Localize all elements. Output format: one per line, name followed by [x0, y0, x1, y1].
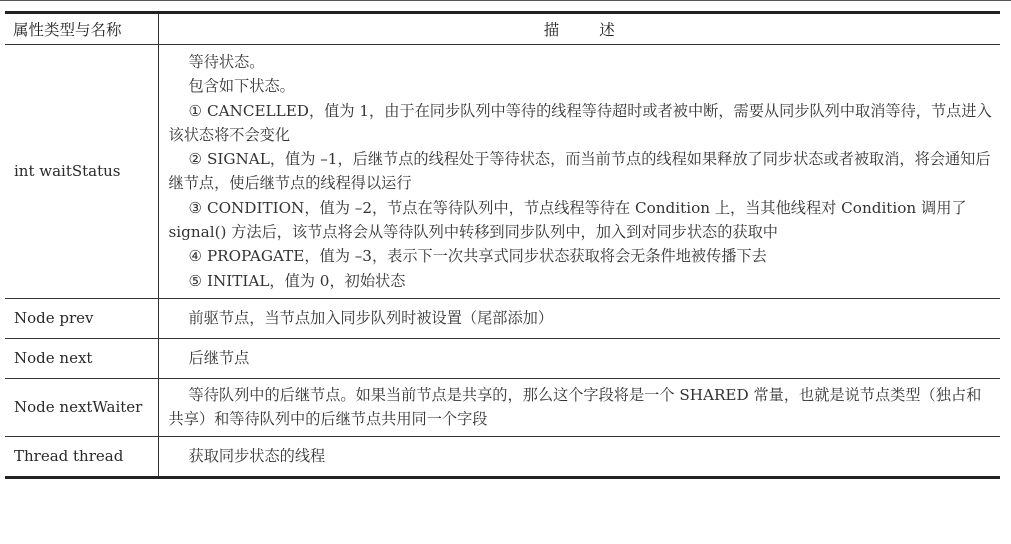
page-top-rule: [0, 0, 1011, 1]
attribute-description: 前驱节点，当节点加入同步队列时被设置（尾部添加）: [158, 298, 1000, 338]
attribute-description: 获取同步状态的线程: [158, 436, 1000, 477]
description-paragraph: ② SIGNAL，值为 –1，后继节点的线程处于等待状态，而当前节点的线程如果释…: [169, 147, 993, 196]
header-attribute-name: 属性类型与名称: [5, 13, 158, 45]
attribute-name: Node nextWaiter: [5, 378, 158, 436]
node-attributes-table: 属性类型与名称 描述 int waitStatus 等待状态。 包含如下状态。 …: [5, 11, 1000, 479]
attribute-description: 等待状态。 包含如下状态。 ① CANCELLED，值为 1，由于在同步队列中等…: [158, 45, 1000, 299]
table-row: int waitStatus 等待状态。 包含如下状态。 ① CANCELLED…: [5, 45, 1000, 299]
table-row: Thread thread 获取同步状态的线程: [5, 436, 1000, 477]
header-description: 描述: [158, 13, 1000, 45]
description-paragraph: ⑤ INITIAL，值为 0，初始状态: [169, 269, 993, 293]
description-paragraph: 等待状态。: [169, 50, 993, 74]
table-row: Node nextWaiter 等待队列中的后继节点。如果当前节点是共享的，那么…: [5, 378, 1000, 436]
description-paragraph: 包含如下状态。: [169, 74, 993, 98]
attribute-name: Thread thread: [5, 436, 158, 477]
description-paragraph: ④ PROPAGATE，值为 –3，表示下一次共享式同步状态获取将会无条件地被传…: [169, 244, 993, 268]
description-paragraph: ① CANCELLED，值为 1，由于在同步队列中等待的线程等待超时或者被中断，…: [169, 99, 993, 148]
attribute-description: 后继节点: [158, 338, 1000, 378]
description-paragraph: 获取同步状态的线程: [169, 444, 993, 468]
header-description-part2: 述: [599, 21, 615, 39]
description-paragraph: ③ CONDITION，值为 –2，节点在等待队列中，节点线程等待在 Condi…: [169, 196, 993, 245]
header-description-part1: 描: [544, 21, 560, 39]
table-header-row: 属性类型与名称 描述: [5, 13, 1000, 45]
attribute-name: Node prev: [5, 298, 158, 338]
attribute-name: Node next: [5, 338, 158, 378]
description-paragraph: 前驱节点，当节点加入同步队列时被设置（尾部添加）: [169, 306, 993, 330]
attribute-description: 等待队列中的后继节点。如果当前节点是共享的，那么这个字段将是一个 SHARED …: [158, 378, 1000, 436]
attribute-name: int waitStatus: [5, 45, 158, 299]
description-paragraph: 后继节点: [169, 346, 993, 370]
table-row: Node prev 前驱节点，当节点加入同步队列时被设置（尾部添加）: [5, 298, 1000, 338]
table-row: Node next 后继节点: [5, 338, 1000, 378]
description-paragraph: 等待队列中的后继节点。如果当前节点是共享的，那么这个字段将是一个 SHARED …: [169, 383, 993, 432]
